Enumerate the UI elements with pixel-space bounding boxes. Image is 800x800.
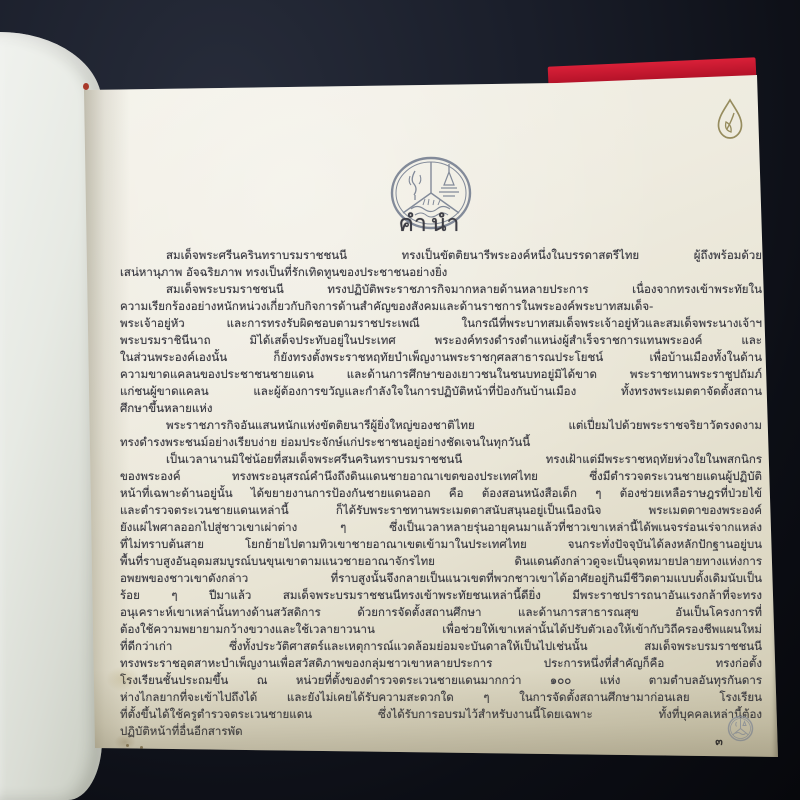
- text-line: ความเรียกร้องอย่างหนักหน่วงเกี่ยวกับกิจก…: [120, 298, 762, 315]
- stamp-emblem-icon: [727, 715, 754, 746]
- text-line: ที่ไม่ทราบต้นสาย โยกย้ายไปตามทิวเขาชายอา…: [120, 536, 762, 553]
- text-line: ทรงพระราชอุตสาหะบำเพ็ญงานเพื่อสวัสดิภาพข…: [120, 655, 762, 672]
- paragraph: พระราชภารกิจอันแสนหนักแห่งขัตติยนารีผู้ย…: [120, 417, 762, 451]
- text-line: ความขาดแคลนของประชาชนชายแดน และด้านการศึ…: [120, 366, 762, 383]
- text-line: เสน่หานุภาพ อัจฉริยภาพ ทรงเป็นที่รักเทิด…: [120, 264, 762, 281]
- page-speck: [126, 744, 129, 747]
- paragraph: เป็นเวลานานมิใช่น้อยที่สมเด็จพระศรีนคริน…: [120, 451, 762, 740]
- text-line: ของพระองค์ ทรงพระอนุสรณ์คำนึงถึงดินแดนชา…: [120, 468, 762, 485]
- book-photo-scene: คำนำ สมเด็จพระศรีนครินทราบรมราชชนนี ทรงเ…: [0, 0, 800, 800]
- text-line: สมเด็จพระศรีนครินทราบรมราชชนนี ทรงเป็นขั…: [120, 247, 762, 264]
- page-number: ๓: [712, 732, 726, 750]
- text-line: อนุเคราะห์เขาเหล่านั้นทางด้านสวัสดิการ ด…: [120, 604, 762, 621]
- text-line: สมเด็จพระบรมราชชนนี ทรงปฏิบัติพระราชภารก…: [120, 281, 762, 298]
- paragraph: สมเด็จพระศรีนครินทราบรมราชชนนี ทรงเป็นขั…: [120, 247, 762, 281]
- text-line: ห่างไกลยากที่จะเข้าไปถึงได้ และยังไม่เคย…: [120, 689, 762, 706]
- page-speck: [140, 746, 143, 749]
- text-line: ทรงดำรงพระชนม์อย่างเรียบง่าย ย่อมประจักษ…: [120, 434, 762, 451]
- text-line: ที่ตั้งขึ้นได้ใช้ครูตำรวจตระเวนชายแดน ซึ…: [120, 706, 762, 723]
- text-line: โรงเรียนชั้นประถมขึ้น ณ หน่วยที่ตั้งของต…: [120, 672, 762, 689]
- text-line: ร้อย ๆ ปีมาแล้ว สมเด็จพระบรมราชชนนีทรงเข…: [120, 587, 762, 604]
- text-line: ที่ดีกว่าเก่า ซึ่งทั้งประวัติศาสตร์และเห…: [120, 638, 762, 655]
- text-line: อพยพของชาวเขาดังกล่าว ที่ราบสูงนั้นจึงกล…: [120, 570, 762, 587]
- text-line: พระบรมราชินีนาถ มิได้เสด็จประทับอยู่ในปร…: [120, 332, 762, 349]
- cover-red-corner-speck: [83, 83, 89, 90]
- text-line: พระราชภารกิจอันแสนหนักแห่งขัตติยนารีผู้ย…: [120, 417, 762, 434]
- text-line: พื้นที่ราบสูงอันอุดมสมบูรณ์บนขุนเขาตามแน…: [120, 553, 762, 570]
- gold-leaf-logo-icon: [715, 98, 745, 146]
- text-line: ปฏิบัติหน้าที่อื่นอีกสารพัด: [120, 723, 762, 740]
- body-text: สมเด็จพระศรีนครินทราบรมราชชนนี ทรงเป็นขั…: [120, 247, 762, 740]
- text-line: ต้องใช้ความพยายามกว้างขวางและใช้เวลายาวน…: [120, 621, 762, 638]
- page-title: คำนำ: [84, 206, 778, 242]
- text-line: แก่ชนผู้ขาดแคลน และผู้ต้องการขวัญและกำลั…: [120, 383, 762, 400]
- book-page: คำนำ สมเด็จพระศรีนครินทราบรมราชชนนี ทรงเ…: [84, 66, 778, 760]
- text-line: พระเจ้าอยู่หัว และการทรงรับผิดชอบตามราชป…: [120, 315, 762, 332]
- text-line: ศึกษาขึ้นหลายแห่ง: [120, 400, 762, 417]
- text-line: เป็นเวลานานมิใช่น้อยที่สมเด็จพระศรีนคริน…: [120, 451, 762, 468]
- text-line: ยังแผ่ไพศาลออกไปสู่ชาวเขาเผ่าต่าง ๆ ซึ่ง…: [120, 519, 762, 536]
- paragraph: สมเด็จพระบรมราชชนนี ทรงปฏิบัติพระราชภารก…: [120, 281, 762, 417]
- text-line: และตำรวจตระเวนชายแดนเหล่านี้ ก็ได้รับพระ…: [120, 502, 762, 519]
- text-line: หน้าที่เฉพาะด้านอยู่นั้น ได้ขยายงานการป้…: [120, 485, 762, 502]
- text-line: ในส่วนพระองค์เองนั้น ก็ยังทรงตั้งพระราชห…: [120, 349, 762, 366]
